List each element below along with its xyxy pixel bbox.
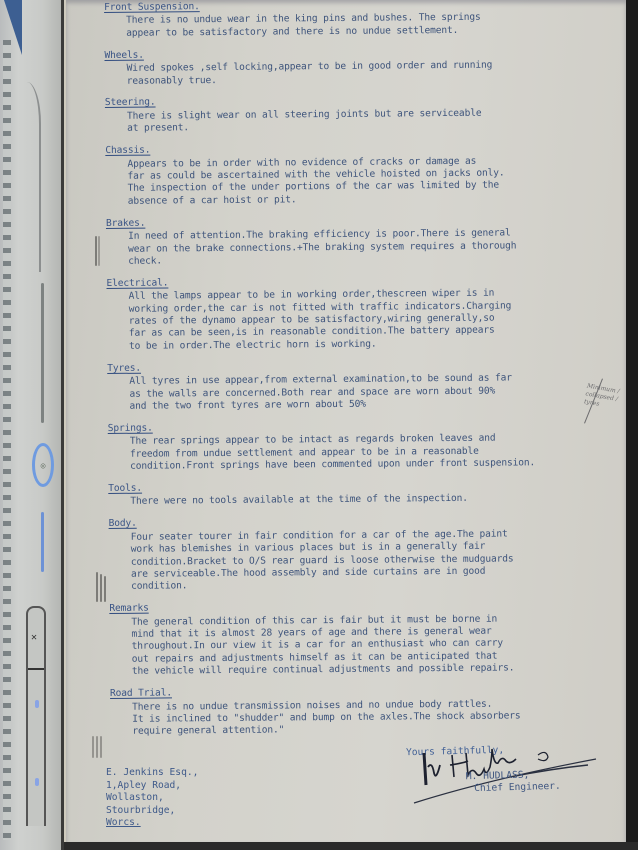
report-section: Brakes.In need of attention.The braking … [106,213,616,268]
pencil-mark [98,236,100,266]
pencil-mark [100,574,102,602]
section-heading: Front Suspension. [104,1,200,14]
report-section: Steering.There is slight wear on all ste… [105,93,615,136]
signer-name: M. HUDLASS, [466,770,530,783]
report-section: Chassis.Appears to be in order with no e… [105,141,616,208]
ring-binder: ◎ ✕ [0,0,64,850]
pencil-mark [100,736,102,758]
report-section: Tools.There were no tools available at t… [108,479,618,509]
binder-perforation [3,40,11,840]
section-heading: Brakes. [106,217,145,230]
binder-slot: ✕ [26,606,46,826]
address-line: Worcs. [106,817,198,830]
address-line: Stourbridge, [106,805,198,818]
pencil-mark [96,572,98,602]
report-section: Wheels.Wired spokes ,self locking,appear… [104,45,614,88]
section-heading: Chassis. [105,145,150,158]
addressee-block: E. Jenkins Esq., 1,Apley Road, Wollaston… [106,767,198,830]
report-section: Front Suspension.There is no undue wear … [104,0,614,40]
signer-title: Chief Engineer. [466,781,561,795]
report-section: Electrical.All the lamps appear to be in… [106,273,617,353]
binder-clip-arm [27,82,41,272]
report-section: Body.Four seater tourer in fair conditio… [109,514,620,594]
section-heading: Tools. [108,483,142,496]
section-heading: Steering. [105,97,156,110]
pencil-mark [95,236,97,266]
report-section: Springs.The rear springs appear to be in… [108,418,618,473]
signer-block: M. HUDLASS, Chief Engineer. [466,769,561,795]
pencil-mark [104,576,106,602]
report-section: Tyres.All tyres in use appear,from exter… [107,358,617,413]
report-section: RemarksThe general condition of this car… [109,599,620,679]
report-body: Front Suspension.There is no undue wear … [104,0,620,748]
page-bottom-shadow [64,842,638,850]
section-heading: Road Trial. [110,688,172,701]
section-heading: Remarks [109,603,148,616]
page-edge-shadow [626,0,638,850]
address-line: 1,Apley Road, [106,780,198,793]
binder-x-mark-icon: ✕ [31,632,37,643]
section-heading: Electrical. [106,277,168,290]
section-heading: Tyres. [107,362,141,375]
address-line: Wollaston, [106,792,198,805]
pencil-mark [92,736,94,758]
section-heading: Wheels. [104,49,143,62]
binder-rail [41,283,44,423]
section-text-line: There were no tools available at the tim… [108,492,618,509]
section-heading: Springs. [108,422,153,435]
pencil-mark [96,736,98,758]
section-heading: Body. [109,518,137,531]
binder-rail-blue [41,512,44,572]
report-section: Road Trial.There is no undue transmissio… [110,684,620,739]
address-line: E. Jenkins Esq., [106,767,198,780]
binder-ring-icon: ◎ [32,443,54,487]
